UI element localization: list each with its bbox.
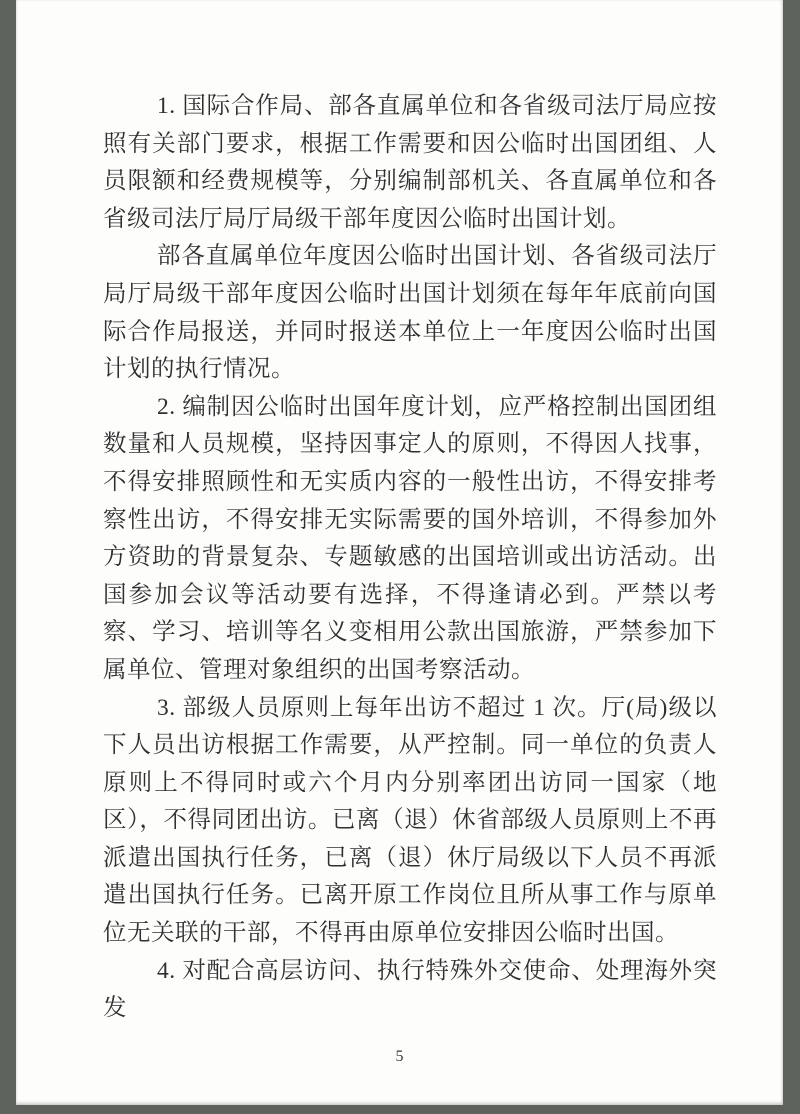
document-page: 1. 国际合作局、部各直属单位和各省级司法厅局应按照有关部门要求，根据工作需要和…: [16, 0, 783, 1105]
scan-background: 1. 国际合作局、部各直属单位和各省级司法厅局应按照有关部门要求，根据工作需要和…: [0, 0, 800, 1114]
document-text-block: 1. 国际合作局、部各直属单位和各省级司法厅局应按照有关部门要求，根据工作需要和…: [103, 88, 717, 1028]
paragraph-item-2: 部各直属单位年度因公临时出国计划、各省级司法厅局厅局级干部年度因公临时出国计划须…: [103, 238, 717, 388]
paragraph-item-1: 1. 国际合作局、部各直属单位和各省级司法厅局应按照有关部门要求，根据工作需要和…: [103, 88, 717, 238]
paragraph-item-3: 2. 编制因公临时出国年度计划，应严格控制出国团组数量和人员规模，坚持因事定人的…: [103, 389, 717, 690]
page-number: 5: [16, 1048, 783, 1066]
paragraph-item-4: 3. 部级人员原则上每年出访不超过 1 次。厅(局)级以下人员出访根据工作需要，…: [103, 690, 717, 953]
paragraph-item-5: 4. 对配合高层访问、执行特殊外交使命、处理海外突发: [103, 953, 717, 1028]
